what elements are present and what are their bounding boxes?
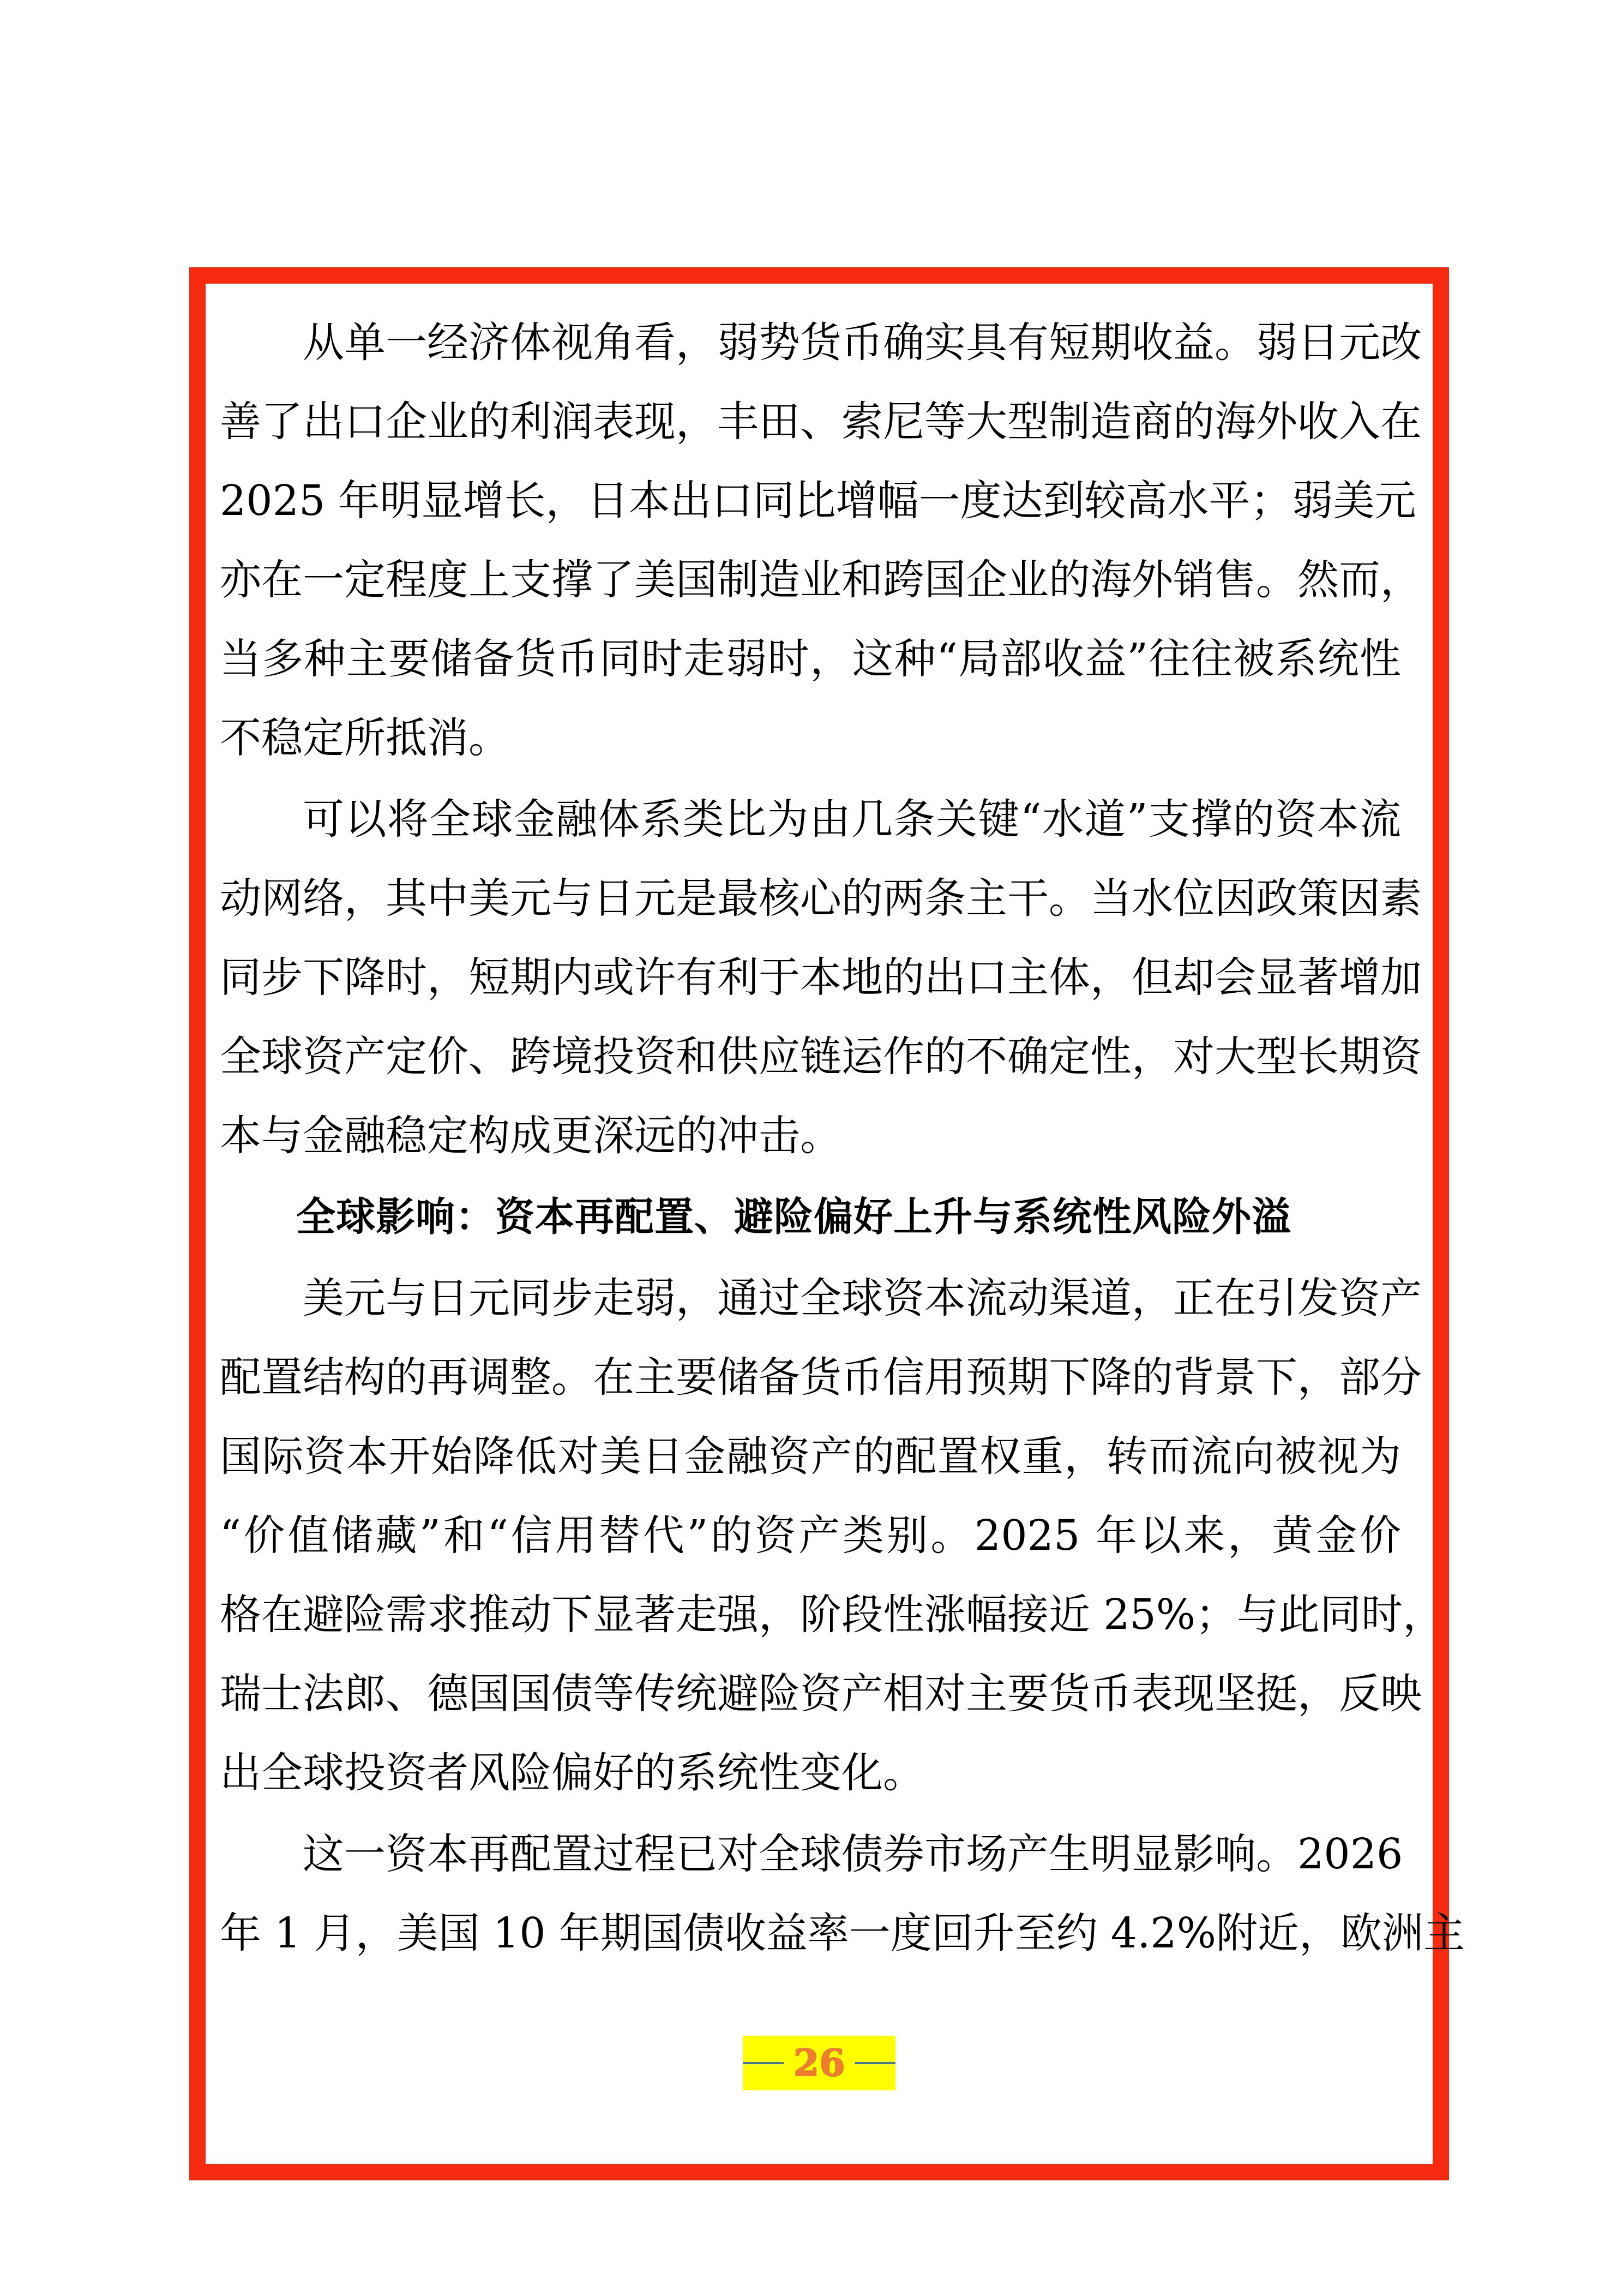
document-body: 从单一经济体视角看，弱势货币确实具有短期收益。弱日元改 善了出口企业的利润表现，… — [220, 303, 1401, 1973]
paragraph-2: 可以将全球金融体系类比为由几条关键“水道”支撑的资本流 动网络，其中美元与日元是… — [220, 780, 1401, 1175]
paragraph-line: 当多种主要储备货币同时走弱时，这种“局部收益”往往被系统性 — [220, 619, 1401, 698]
paragraph-line: 全球资产定价、跨境投资和供应链运作的不确定性，对大型长期资 — [220, 1017, 1401, 1096]
paragraph-line: 配置结构的再调整。在主要储备货币信用预期下降的背景下，部分 — [220, 1338, 1401, 1417]
paragraph-line: 亦在一定程度上支撑了美国制造业和跨国企业的海外销售。然而， — [220, 540, 1401, 619]
paragraph-1: 从单一经济体视角看，弱势货币确实具有短期收益。弱日元改 善了出口企业的利润表现，… — [220, 303, 1401, 777]
paragraph-line: 可以将全球金融体系类比为由几条关键“水道”支撑的资本流 — [220, 780, 1401, 859]
paragraph-line: 出全球投资者风险偏好的系统性变化。 — [220, 1733, 1401, 1812]
dash-right-icon — [855, 2062, 895, 2064]
paragraph-line: “价值储藏”和“信用替代”的资产类别。2025 年以来，黄金价 — [220, 1496, 1401, 1575]
paragraph-line: 动网络，其中美元与日元是最核心的两条主干。当水位因政策因素 — [220, 859, 1401, 938]
paragraph-line: 这一资本再配置过程已对全球债券市场产生明显影响。2026 — [220, 1814, 1401, 1893]
section-heading: 全球影响：资本再配置、避险偏好上升与系统性风险外溢 — [220, 1177, 1401, 1256]
paragraph-line: 瑞士法郎、德国国债等传统避险资产相对主要货币表现坚挺，反映 — [220, 1654, 1401, 1733]
section-heading-text: 全球影响：资本再配置、避险偏好上升与系统性风险外溢 — [220, 1177, 1401, 1256]
paragraph-line: 年 1 月，美国 10 年期国债收益率一度回升至约 4.2%附近，欧洲主 — [220, 1893, 1401, 1973]
paragraph-line: 同步下降时，短期内或许有利于本地的出口主体，但却会显著增加 — [220, 938, 1401, 1017]
paragraph-line: 国际资本开始降低对美日金融资产的配置权重，转而流向被视为 — [220, 1417, 1401, 1496]
paragraph-line: 善了出口企业的利润表现，丰田、索尼等大型制造商的海外收入在 — [220, 382, 1401, 461]
paragraph-line: 美元与日元同步走弱，通过全球资本流动渠道，正在引发资产 — [220, 1258, 1401, 1338]
paragraph-line: 2025 年明显增长，日本出口同比增幅一度达到较高水平；弱美元 — [220, 461, 1401, 540]
page-number-badge: 26 — [743, 2036, 895, 2090]
page-number: 26 — [794, 2045, 845, 2082]
paragraph-4: 这一资本再配置过程已对全球债券市场产生明显影响。2026 年 1 月，美国 10… — [220, 1814, 1401, 1973]
paragraph-line: 本与金融稳定构成更深远的冲击。 — [220, 1096, 1401, 1175]
paragraph-line: 从单一经济体视角看，弱势货币确实具有短期收益。弱日元改 — [220, 303, 1401, 382]
dash-left-icon — [743, 2062, 784, 2064]
paragraph-line: 不稳定所抵消。 — [220, 698, 1401, 777]
paragraph-line: 格在避险需求推动下显著走强，阶段性涨幅接近 25%；与此同时， — [220, 1575, 1401, 1654]
paragraph-3: 美元与日元同步走弱，通过全球资本流动渠道，正在引发资产 配置结构的再调整。在主要… — [220, 1258, 1401, 1812]
